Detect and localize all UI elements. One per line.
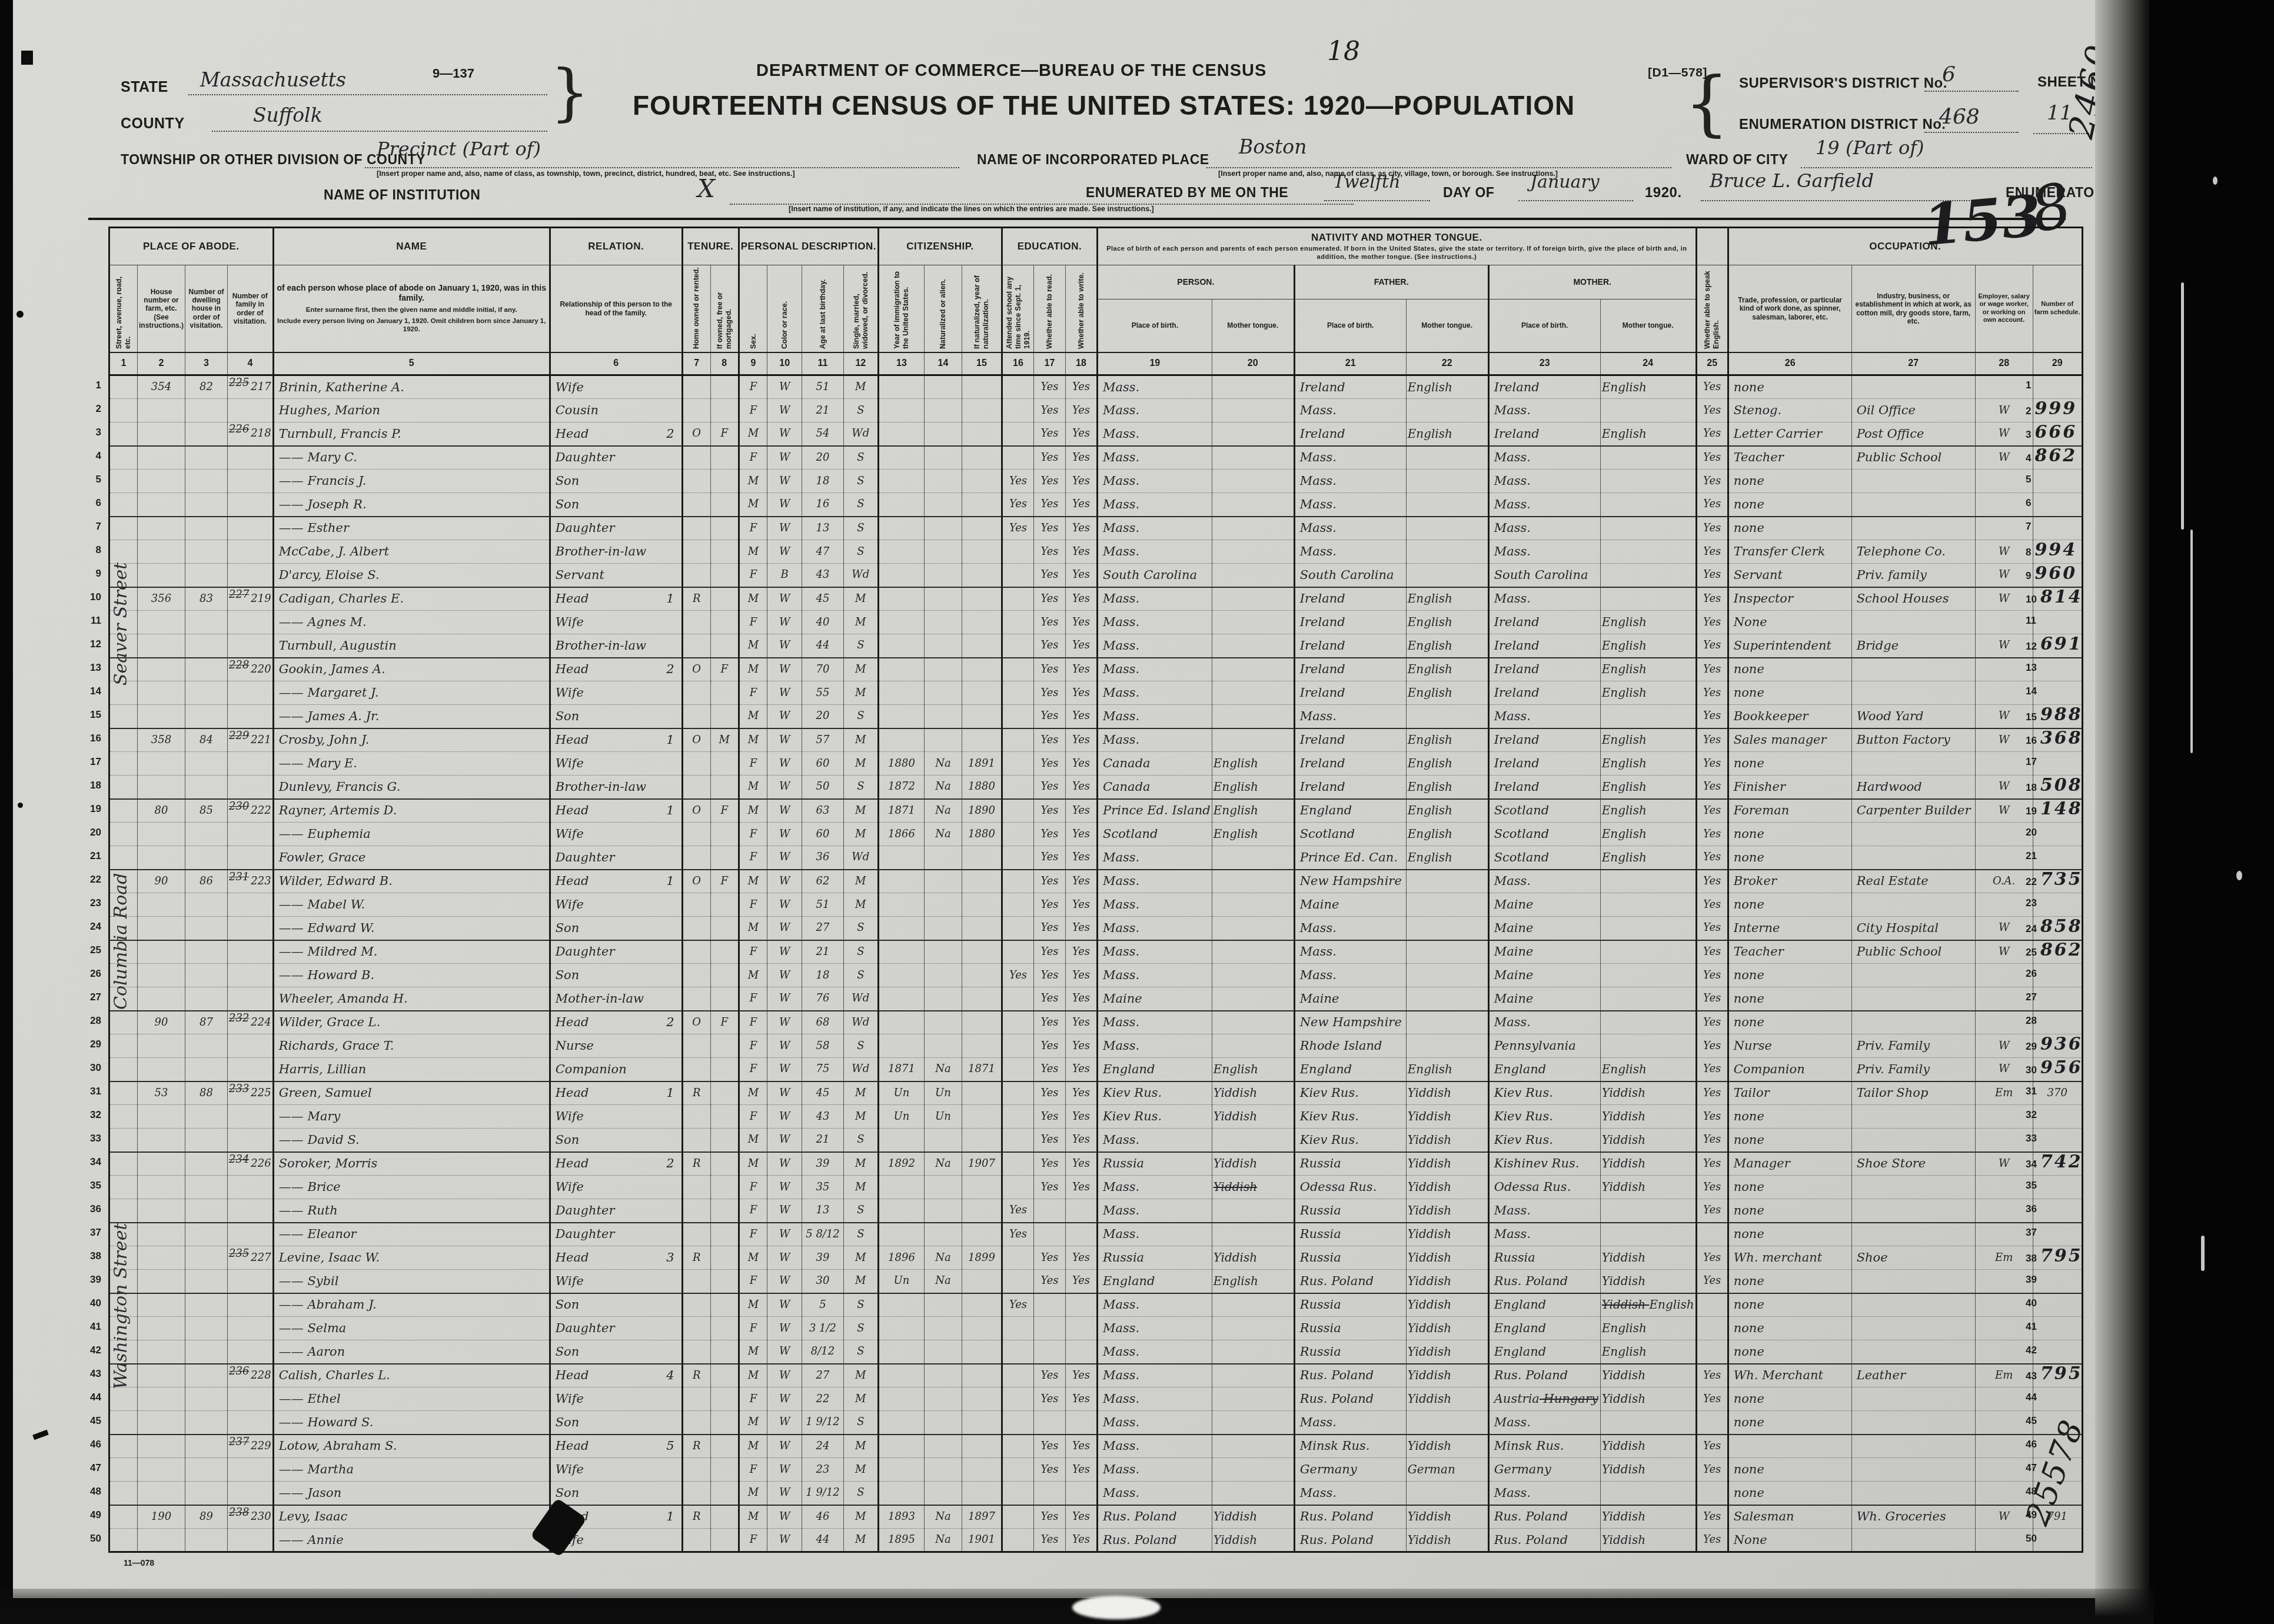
handwritten-entry: Teacher	[1734, 450, 1784, 464]
handwritten-entry: 89	[200, 1510, 213, 1523]
cell-col2	[138, 1058, 185, 1081]
handwritten-entry: 70	[816, 663, 830, 675]
cell-col4	[228, 1387, 274, 1411]
handwritten-entry: 45	[816, 1087, 830, 1099]
cell-col6: Companion	[550, 1058, 682, 1081]
handwritten-entry: Tailor Shop	[1857, 1086, 1929, 1100]
cell-col19: Russia	[1098, 1246, 1212, 1270]
cell-col12: M	[843, 1176, 878, 1199]
handwritten-entry: Yiddish	[1408, 1250, 1451, 1264]
cell-col7	[682, 1223, 710, 1246]
handwritten-entry: M	[748, 545, 759, 558]
cell-col24: English	[1600, 752, 1696, 776]
cell-col28	[1975, 1270, 2033, 1293]
cell-col2	[138, 1411, 185, 1435]
cell-col27	[1851, 893, 1975, 917]
cell-col7	[682, 517, 710, 540]
handwritten-entry: S	[857, 946, 864, 958]
handwritten-entry: Un	[894, 1110, 910, 1123]
cell-col10: W	[767, 846, 802, 870]
cell-col10: W	[767, 1293, 802, 1317]
handwritten-entry: Yes	[1040, 663, 1058, 675]
handwritten-entry: Yiddish	[1408, 1227, 1451, 1241]
table-row: 236228Calish, Charles L.Head4RMW27MYesYe…	[109, 1364, 2083, 1387]
handwritten-entry: Crosby, John J.	[279, 733, 370, 747]
cell-col7: O	[682, 1011, 710, 1034]
cell-col2	[138, 1435, 185, 1458]
cell-col15	[962, 611, 1002, 634]
handwritten-entry: 2	[666, 1015, 674, 1029]
cell-col19: Mass.	[1098, 493, 1212, 517]
handwritten-entry: none	[1734, 1203, 1764, 1217]
handwritten-entry: M	[855, 1110, 866, 1123]
cell-col14	[925, 470, 962, 493]
cell-col26: none	[1728, 375, 1851, 399]
handwritten-entry: 1899	[968, 1252, 995, 1264]
cell-col2	[138, 1293, 185, 1317]
handwritten-entry: Rus. Poland	[1300, 1509, 1374, 1523]
cell-col20	[1212, 611, 1294, 634]
paper-edge-shadow	[2095, 0, 2152, 1624]
handwritten-entry: Salesman	[1734, 1509, 1794, 1523]
cell-col25: Yes	[1696, 681, 1728, 705]
cell-col19: Prince Ed. Island	[1098, 799, 1212, 823]
cell-col6: Head1	[550, 1081, 682, 1105]
cell-col25: Yes	[1696, 1034, 1728, 1058]
cell-col14	[925, 1435, 962, 1458]
cell-col14	[925, 1293, 962, 1317]
handwritten-entry: Rus. Poland	[1103, 1533, 1177, 1547]
handwritten-entry: F	[720, 804, 728, 817]
cell-col12: M	[843, 1435, 878, 1458]
cell-col15	[962, 540, 1002, 564]
handwritten-entry: Yes	[1040, 568, 1058, 581]
cell-col28: Em	[1975, 1081, 2033, 1105]
cell-col27	[1851, 752, 1975, 776]
cell-col9: M	[739, 1081, 767, 1105]
cell-col7	[682, 1482, 710, 1505]
cell-col3	[185, 1034, 228, 1058]
cell-col27	[1851, 470, 1975, 493]
cell-col28	[1975, 1411, 2033, 1435]
cell-col16	[1002, 1529, 1034, 1552]
cell-col24: Yiddish	[1600, 1105, 1696, 1129]
group-tenure: TENURE.	[682, 228, 739, 265]
handwritten-entry: Daughter	[556, 450, 615, 464]
handwritten-entry: Son	[556, 1345, 580, 1359]
handwritten-entry: Yes	[1703, 710, 1721, 722]
handwritten-entry: Yes	[1009, 1204, 1027, 1216]
pencil-margin-code: 960	[2034, 563, 2077, 584]
cell-col12: Wd	[843, 987, 878, 1011]
cell-col26: none	[1728, 1223, 1851, 1246]
pencil-margin-code: 368	[2040, 728, 2083, 748]
cell-col11: 51	[802, 375, 843, 399]
edge-mark	[16, 311, 24, 318]
handwritten-entry: Brother-in-law	[556, 780, 646, 794]
handwritten-entry: Mass.	[1103, 685, 1139, 700]
handwritten-entry: Daughter	[556, 1203, 615, 1217]
handwritten-entry: Yes	[1072, 1110, 1090, 1123]
cell-col19: Mass.	[1098, 1387, 1212, 1411]
handwritten-entry: Yes	[1703, 757, 1721, 770]
handwritten-entry: English	[1408, 427, 1452, 441]
cell-col17: Yes	[1034, 1081, 1066, 1105]
cell-col8	[710, 1364, 739, 1387]
cell-col10: W	[767, 1199, 802, 1223]
table-row: —— MarthaWifeFW23MYesYesMass.GermanyGerm…	[109, 1458, 2083, 1482]
handwritten-entry: M	[855, 1393, 866, 1405]
cell-col13	[879, 1129, 925, 1152]
handwritten-entry: Yes	[1072, 875, 1090, 887]
cell-col7	[682, 493, 710, 517]
cell-col15	[962, 493, 1002, 517]
cell-col26: none	[1728, 1011, 1851, 1034]
cell-col24: Yiddish	[1600, 1081, 1696, 1105]
handwritten-entry: Yes	[1703, 921, 1721, 934]
cell-col28: W	[1975, 1505, 2033, 1529]
handwritten-entry: —— Aaron	[279, 1345, 345, 1359]
handwritten-entry: Mass.	[1103, 662, 1139, 676]
cell-col2	[138, 634, 185, 658]
handwritten-entry: Yes	[1040, 1369, 1058, 1382]
cell-col23: Mass.	[1488, 1482, 1600, 1505]
cell-col26: Companion	[1728, 1058, 1851, 1081]
handwritten-entry: Yes	[1072, 734, 1090, 746]
handwritten-entry: 84	[200, 734, 213, 746]
cell-col18: Yes	[1066, 517, 1098, 540]
cell-col21: Russia	[1294, 1317, 1406, 1340]
cell-col28	[1975, 846, 2033, 870]
handwritten-entry: Mother-in-law	[556, 991, 644, 1006]
handwritten-entry: 5	[666, 1439, 674, 1453]
handwritten-entry: 16	[816, 498, 830, 510]
cell-col6: Brother-in-law	[550, 776, 682, 799]
cell-col12: S	[843, 1317, 878, 1340]
cell-col26: Servant	[1728, 564, 1851, 587]
cell-col16	[1002, 776, 1034, 799]
cell-col8	[710, 1034, 739, 1058]
handwritten-entry: Yes	[1703, 1063, 1721, 1075]
cell-col13	[879, 1223, 925, 1246]
cell-col15	[962, 870, 1002, 893]
handwritten-entry: S	[857, 451, 864, 464]
cell-col22	[1406, 705, 1488, 728]
cell-col10: W	[767, 1387, 802, 1411]
cell-col17: Yes	[1034, 893, 1066, 917]
cell-col18: Yes	[1066, 446, 1098, 470]
cell-col5: —— Howard S.	[273, 1411, 550, 1435]
handwritten-entry: F	[750, 898, 757, 911]
cell-col4	[228, 1270, 274, 1293]
cell-col2	[138, 940, 185, 964]
cell-col22: Yiddish	[1406, 1317, 1488, 1340]
cell-col19: Mass.	[1098, 1435, 1212, 1458]
cell-col12: S	[843, 517, 878, 540]
cell-col15	[962, 375, 1002, 399]
film-speck	[2213, 177, 2218, 185]
handwritten-entry: F	[750, 1110, 757, 1123]
cell-col8	[710, 1223, 739, 1246]
cell-col10: W	[767, 611, 802, 634]
cell-col9: M	[739, 1340, 767, 1364]
handwritten-entry: W	[779, 1252, 790, 1264]
cell-col21: New Hampshire	[1294, 1011, 1406, 1034]
handwritten-entry: Mass.	[1103, 1203, 1139, 1217]
cell-col2: 90	[138, 870, 185, 893]
col-number: 21	[1294, 352, 1406, 375]
handwritten-entry: 358	[151, 734, 171, 746]
institution-label: NAME OF INSTITUTION	[324, 187, 480, 203]
cell-col24	[1600, 1223, 1696, 1246]
cell-col8	[710, 1058, 739, 1081]
cell-col6: Wife	[550, 823, 682, 846]
handwritten-entry: W	[779, 1063, 790, 1075]
cell-col25: Yes	[1696, 564, 1728, 587]
cell-col6: Son	[550, 1340, 682, 1364]
cell-col10: W	[767, 1529, 802, 1552]
handwritten-entry: Mass.	[1300, 1486, 1337, 1500]
cell-col2	[138, 705, 185, 728]
handwritten-entry: W	[779, 1157, 790, 1170]
row-number-left: 42	[81, 1339, 101, 1362]
cell-col9: F	[739, 987, 767, 1011]
cell-col5: —— Esther	[273, 517, 550, 540]
cell-col7: R	[682, 1081, 710, 1105]
colhead-color-race: Color or race.	[767, 265, 802, 353]
cell-col26: none	[1728, 1340, 1851, 1364]
cell-col24: English	[1600, 1058, 1696, 1081]
cell-col14: Na	[925, 823, 962, 846]
handwritten-entry: none	[1734, 850, 1764, 864]
cell-col11: 45	[802, 1081, 843, 1105]
handwritten-entry: 68	[816, 1016, 830, 1029]
handwritten-entry: Yiddish	[1602, 1133, 1645, 1147]
cell-col21: Mass.	[1294, 493, 1406, 517]
handwritten-entry: 1	[666, 591, 674, 605]
cell-col12: S	[843, 399, 878, 422]
cell-col3	[185, 1058, 228, 1081]
handwritten-entry: Na	[935, 1252, 950, 1264]
cell-col3: 86	[185, 870, 228, 893]
cell-col5: —— Mary	[273, 1105, 550, 1129]
handwritten-entry: Mass.	[1494, 1203, 1531, 1217]
cell-col8	[710, 846, 739, 870]
cell-col13	[879, 564, 925, 587]
cell-col2	[138, 776, 185, 799]
handwritten-entry: Yes	[1703, 1252, 1721, 1264]
cell-col15: 1899	[962, 1246, 1002, 1270]
cell-col24: English	[1600, 1340, 1696, 1364]
department-line: DEPARTMENT OF COMMERCE—BUREAU OF THE CEN…	[756, 61, 1266, 81]
cell-col21: New Hampshire	[1294, 870, 1406, 893]
cell-col18: Yes	[1066, 587, 1098, 611]
cell-col19: Mass.	[1098, 1129, 1212, 1152]
cell-col9: F	[739, 1458, 767, 1482]
cell-col9: F	[739, 399, 767, 422]
handwritten-entry: 20	[816, 451, 830, 464]
handwritten-entry: W	[779, 1204, 790, 1216]
cell-col26: none	[1728, 493, 1851, 517]
handwritten-entry: Ireland	[1494, 427, 1540, 441]
handwritten-entry: Ireland	[1494, 685, 1540, 700]
cell-col17: Yes	[1034, 611, 1066, 634]
handwritten-entry: Yes	[1703, 639, 1721, 651]
cell-col9: M	[739, 493, 767, 517]
cell-col2	[138, 1152, 185, 1176]
cell-col26: Inspector	[1728, 587, 1851, 611]
cell-col10: W	[767, 375, 802, 399]
cell-col22: English	[1406, 658, 1488, 681]
cell-col25: Yes	[1696, 1105, 1728, 1129]
cell-col10: W	[767, 1152, 802, 1176]
handwritten-entry: 21	[816, 404, 830, 417]
cell-col10: W	[767, 705, 802, 728]
cell-col13	[879, 964, 925, 987]
cell-col13	[879, 446, 925, 470]
handwritten-entry: Head	[556, 874, 589, 888]
cell-col25: Yes	[1696, 1176, 1728, 1199]
cell-col25	[1696, 1411, 1728, 1435]
row-number-left: 15	[81, 703, 101, 727]
cell-col21: Ireland	[1294, 776, 1406, 799]
cell-col17: Yes	[1034, 964, 1066, 987]
handwritten-entry: Na	[935, 1533, 950, 1546]
cell-col4	[228, 1293, 274, 1317]
col-number: 5	[273, 352, 550, 375]
cell-col3: 84	[185, 728, 228, 752]
cell-col26: none	[1728, 1105, 1851, 1129]
cell-col21: Mass.	[1294, 399, 1406, 422]
handwritten-entry: Son	[556, 1297, 580, 1312]
cell-col12: M	[843, 728, 878, 752]
cell-col18: Yes	[1066, 1129, 1098, 1152]
handwritten-entry: Mass.	[1494, 709, 1531, 723]
row-number-left: 28	[81, 1009, 101, 1033]
handwritten-entry: Yes	[1072, 1393, 1090, 1405]
handwritten-entry: Priv. Family	[1857, 1039, 1930, 1053]
cell-col7	[682, 540, 710, 564]
cell-col17	[1034, 1411, 1066, 1435]
row-number-left: 26	[81, 962, 101, 986]
cell-col25	[1696, 1317, 1728, 1340]
cell-col11: 58	[802, 1034, 843, 1058]
cell-col22: Yiddish	[1406, 1199, 1488, 1223]
handwritten-entry: Na	[935, 828, 950, 840]
cell-col20: English	[1212, 1270, 1294, 1293]
cell-col5: Harris, Lillian	[273, 1058, 550, 1081]
handwritten-entry: Yiddish	[1214, 1533, 1257, 1547]
cell-col22: English	[1406, 823, 1488, 846]
cell-col2: 356	[138, 587, 185, 611]
row-number-left: 32	[81, 1103, 101, 1127]
handwritten-entry: W	[1999, 946, 2010, 958]
cell-col13	[879, 1034, 925, 1058]
cell-col28: W	[1975, 634, 2033, 658]
colhead-family-number: Number of family in order of visitation.	[228, 265, 274, 353]
cell-col19: Mass.	[1098, 1176, 1212, 1199]
cell-col10: W	[767, 799, 802, 823]
row-number-left: 39	[81, 1268, 101, 1292]
cell-col15	[962, 399, 1002, 422]
handwritten-entry: W	[779, 1322, 790, 1335]
cell-col15	[962, 1293, 1002, 1317]
cell-col24: English	[1600, 681, 1696, 705]
cell-col16	[1002, 1034, 1034, 1058]
colhead-person: PERSON.	[1098, 265, 1295, 299]
cell-col8	[710, 1435, 739, 1458]
cell-col23: Mass.	[1488, 1223, 1600, 1246]
cell-col20	[1212, 1411, 1294, 1435]
cell-col28: W	[1975, 422, 2033, 446]
cell-col19: Mass.	[1098, 846, 1212, 870]
cell-col19: Mass.	[1098, 870, 1212, 893]
cell-col5: McCabe, J. Albert	[273, 540, 550, 564]
handwritten-entry: Yes	[1703, 568, 1721, 581]
row-number-left: 48	[81, 1480, 101, 1503]
handwritten-entry: Wh. Merchant	[1734, 1368, 1823, 1382]
handwritten-entry: Wd	[852, 851, 869, 863]
cell-col18	[1066, 1482, 1098, 1505]
cell-col21: Rus. Poland	[1294, 1364, 1406, 1387]
cell-col15: 1890	[962, 799, 1002, 823]
cell-col11: 23	[802, 1458, 843, 1482]
handwritten-entry: Yes	[1040, 451, 1058, 464]
handwritten-entry: Mass.	[1300, 944, 1337, 959]
table-row: Richards, Grace T.NurseFW58SYesYesMass.R…	[109, 1034, 2083, 1058]
cell-col28: W	[1975, 399, 2033, 422]
cell-col17: Yes	[1034, 681, 1066, 705]
cell-col15	[962, 446, 1002, 470]
cell-col23: England	[1488, 1317, 1600, 1340]
handwritten-entry: —— Esther	[279, 521, 349, 535]
cell-col11: 39	[802, 1152, 843, 1176]
cell-col12: M	[843, 1505, 878, 1529]
handwritten-entry: —— Annie	[279, 1533, 344, 1547]
handwritten-entry: S	[857, 475, 864, 487]
cell-col25: Yes	[1696, 634, 1728, 658]
handwritten-entry: F	[750, 522, 757, 534]
handwritten-entry: Yes	[1040, 1181, 1058, 1193]
handwritten-entry: Yes	[1703, 663, 1721, 675]
cell-col3	[185, 517, 228, 540]
cell-col11: 45	[802, 587, 843, 611]
handwritten-entry: Yes	[1040, 780, 1058, 793]
handwritten-entry: Yes	[1703, 522, 1721, 534]
name-desc-3: Include every person living on January 1…	[275, 318, 548, 334]
cell-col18: Yes	[1066, 893, 1098, 917]
cell-col18: Yes	[1066, 658, 1098, 681]
cell-col9: M	[739, 1293, 767, 1317]
cell-col26: none	[1728, 1458, 1851, 1482]
handwritten-entry: S	[857, 1486, 864, 1499]
handwritten-entry: 87	[200, 1016, 213, 1029]
cell-col28	[1975, 1435, 2033, 1458]
handwritten-entry: English	[1408, 827, 1452, 841]
cell-col5: —— James A. Jr.	[273, 705, 550, 728]
handwritten-entry: Mass.	[1494, 521, 1531, 535]
handwritten-entry: Na	[935, 804, 950, 817]
cell-col26: Teacher	[1728, 446, 1851, 470]
cell-col24	[1600, 870, 1696, 893]
handwritten-entry: W	[779, 522, 790, 534]
row-number-left: 50	[81, 1527, 101, 1550]
handwritten-entry: Mass.	[1103, 897, 1139, 911]
cell-col27	[1851, 375, 1975, 399]
handwritten-entry: English	[1408, 615, 1452, 629]
cell-col27: Shoe Store	[1851, 1152, 1975, 1176]
handwritten-entry: W	[779, 427, 790, 440]
